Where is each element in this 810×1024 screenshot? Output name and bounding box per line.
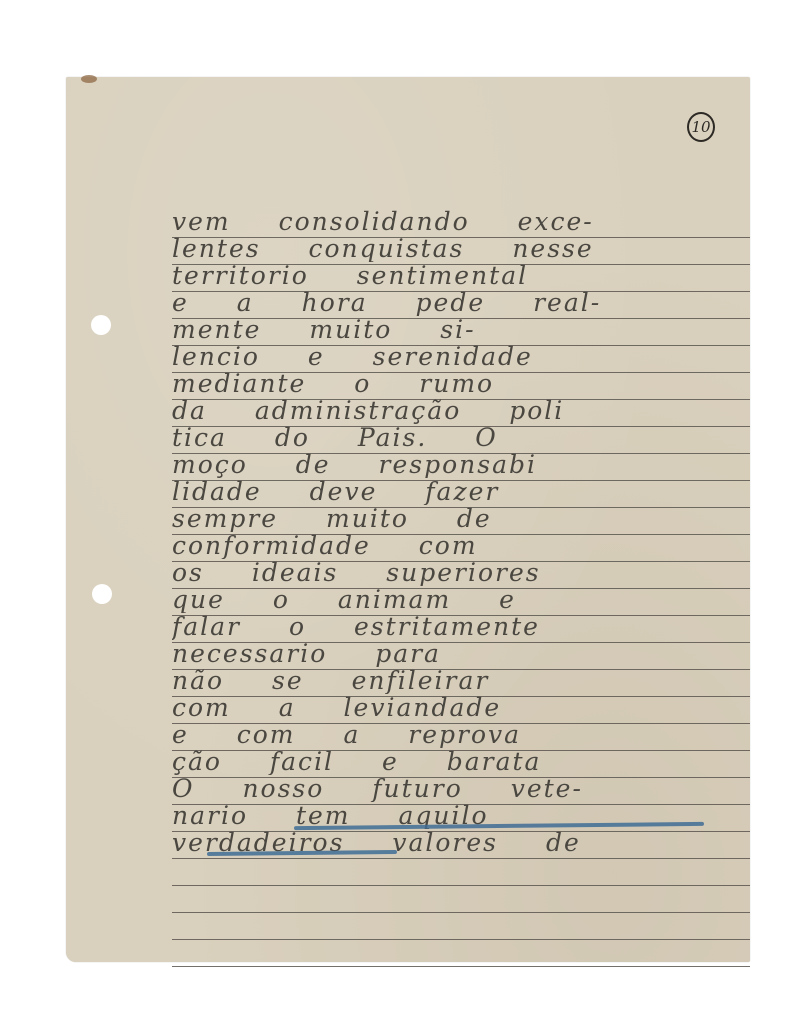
ruled-line <box>172 966 750 967</box>
handwritten-line: da administração poli <box>172 397 750 424</box>
handwritten-line: O nosso futuro vete- <box>172 775 750 802</box>
handwritten-line: mente muito si- <box>172 316 750 343</box>
handwritten-line: lentes conquistas nesse <box>172 235 750 262</box>
handwritten-line: não se enfileirar <box>172 667 750 694</box>
handwritten-line: lidade deve fazer <box>172 478 750 505</box>
ruled-line <box>172 885 750 886</box>
handwritten-line: os ideais superiores <box>172 559 750 586</box>
handwritten-line: sempre muito de <box>172 505 750 532</box>
manuscript-page: 10 vem consolidando exce- lentes conq <box>66 77 750 962</box>
handwritten-line: mediante o rumo <box>172 370 750 397</box>
handwritten-line: que o animam e <box>172 586 750 613</box>
handwritten-line: falar o estritamente <box>172 613 750 640</box>
handwritten-line: vem consolidando exce- <box>172 208 750 235</box>
handwritten-line: com a leviandade <box>172 694 750 721</box>
handwritten-line: e a hora pede real- <box>172 289 750 316</box>
ruled-line <box>172 858 750 859</box>
handwritten-line: moço de responsabi <box>172 451 750 478</box>
rust-stain <box>81 75 97 83</box>
punch-hole-bottom <box>92 584 112 604</box>
ruled-line <box>172 912 750 913</box>
handwritten-line: ção facil e barata <box>172 748 750 775</box>
page-number-circled: 10 <box>687 112 715 142</box>
handwritten-line: territorio sentimental <box>172 262 750 289</box>
handwritten-line: conformidade com <box>172 532 750 559</box>
punch-hole-top <box>91 315 111 335</box>
handwritten-line: tica do Pais. O <box>172 424 750 451</box>
ruled-line <box>172 939 750 940</box>
handwritten-line: necessario para <box>172 640 750 667</box>
handwritten-line: lencio e serenidade <box>172 343 750 370</box>
handwritten-line: e com a reprova <box>172 721 750 748</box>
